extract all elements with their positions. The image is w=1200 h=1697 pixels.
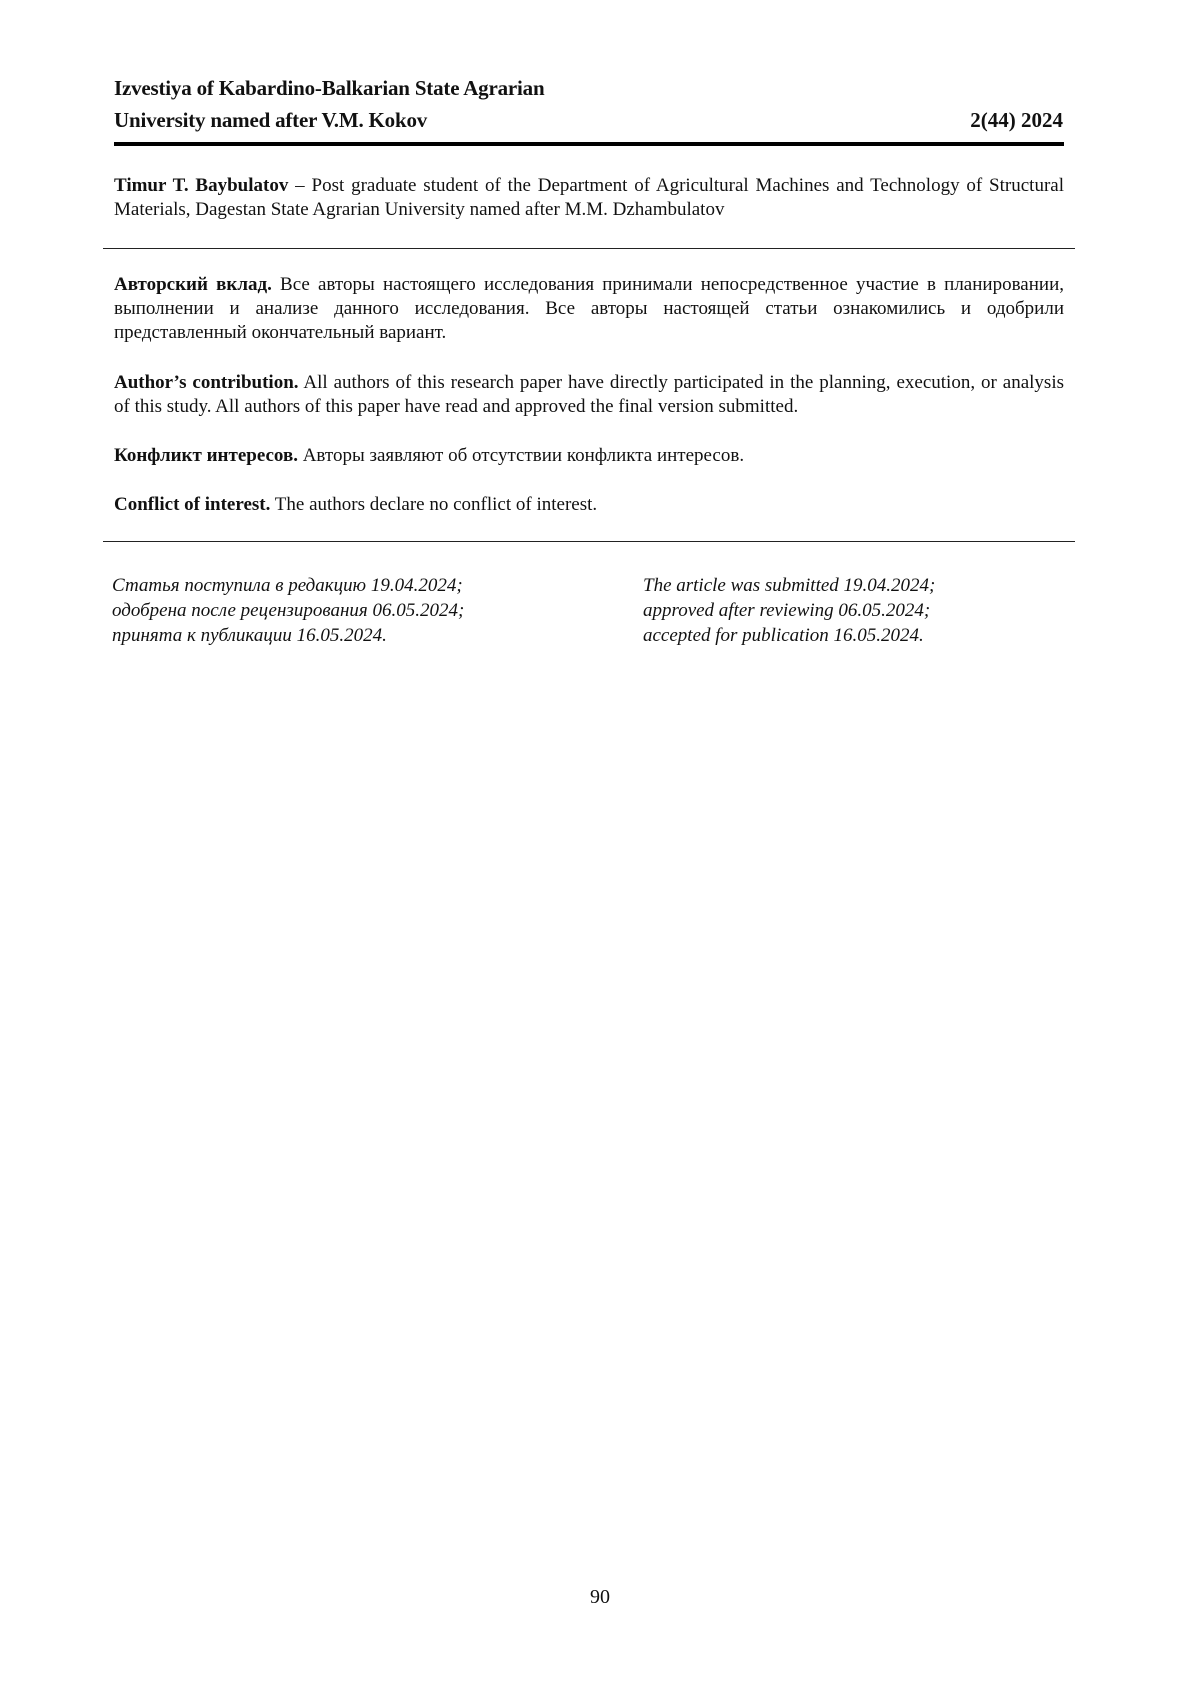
section-text: The authors declare no conflict of inter… [270, 494, 597, 515]
divider-top [103, 248, 1075, 249]
author-name: Timur T. Baybulatov [114, 175, 288, 196]
section-label: Conflict of interest. [114, 494, 270, 515]
journal-title-line2: University named after V.M. Kokov [114, 108, 427, 133]
journal-title-line1: Izvestiya of Kabardino-Balkarian State A… [114, 76, 544, 101]
page-number: 90 [0, 1586, 1200, 1609]
date-approved-en: approved after reviewing 06.05.2024; [643, 598, 935, 623]
date-submitted-ru: Статья поступила в редакцию 19.04.2024; [112, 573, 464, 598]
section-conflict-en: Conflict of interest. The authors declar… [114, 493, 1064, 517]
date-accepted-en: accepted for publication 16.05.2024. [643, 623, 935, 648]
section-text: Авторы заявляют об отсутствии конфликта … [298, 445, 744, 466]
section-author-contribution-en: Author’s contribution. All authors of th… [114, 371, 1064, 419]
section-conflict-ru: Конфликт интересов. Авторы заявляют об о… [114, 444, 1064, 468]
section-label: Author’s contribution. [114, 372, 299, 393]
author-info: Timur T. Baybulatov – Post graduate stud… [114, 174, 1064, 222]
section-label: Конфликт интересов. [114, 445, 298, 466]
dates-en: The article was submitted 19.04.2024; ap… [643, 573, 935, 648]
dates-ru: Статья поступила в редакцию 19.04.2024; … [112, 573, 464, 648]
section-author-contribution-ru: Авторский вклад. Все авторы настоящего и… [114, 273, 1064, 345]
divider-bottom [103, 541, 1075, 542]
date-submitted-en: The article was submitted 19.04.2024; [643, 573, 935, 598]
section-label: Авторский вклад. [114, 274, 272, 295]
date-approved-ru: одобрена после рецензирования 06.05.2024… [112, 598, 464, 623]
issue-number: 2(44) 2024 [970, 108, 1063, 133]
header-rule [114, 142, 1064, 146]
date-accepted-ru: принята к публикации 16.05.2024. [112, 623, 464, 648]
